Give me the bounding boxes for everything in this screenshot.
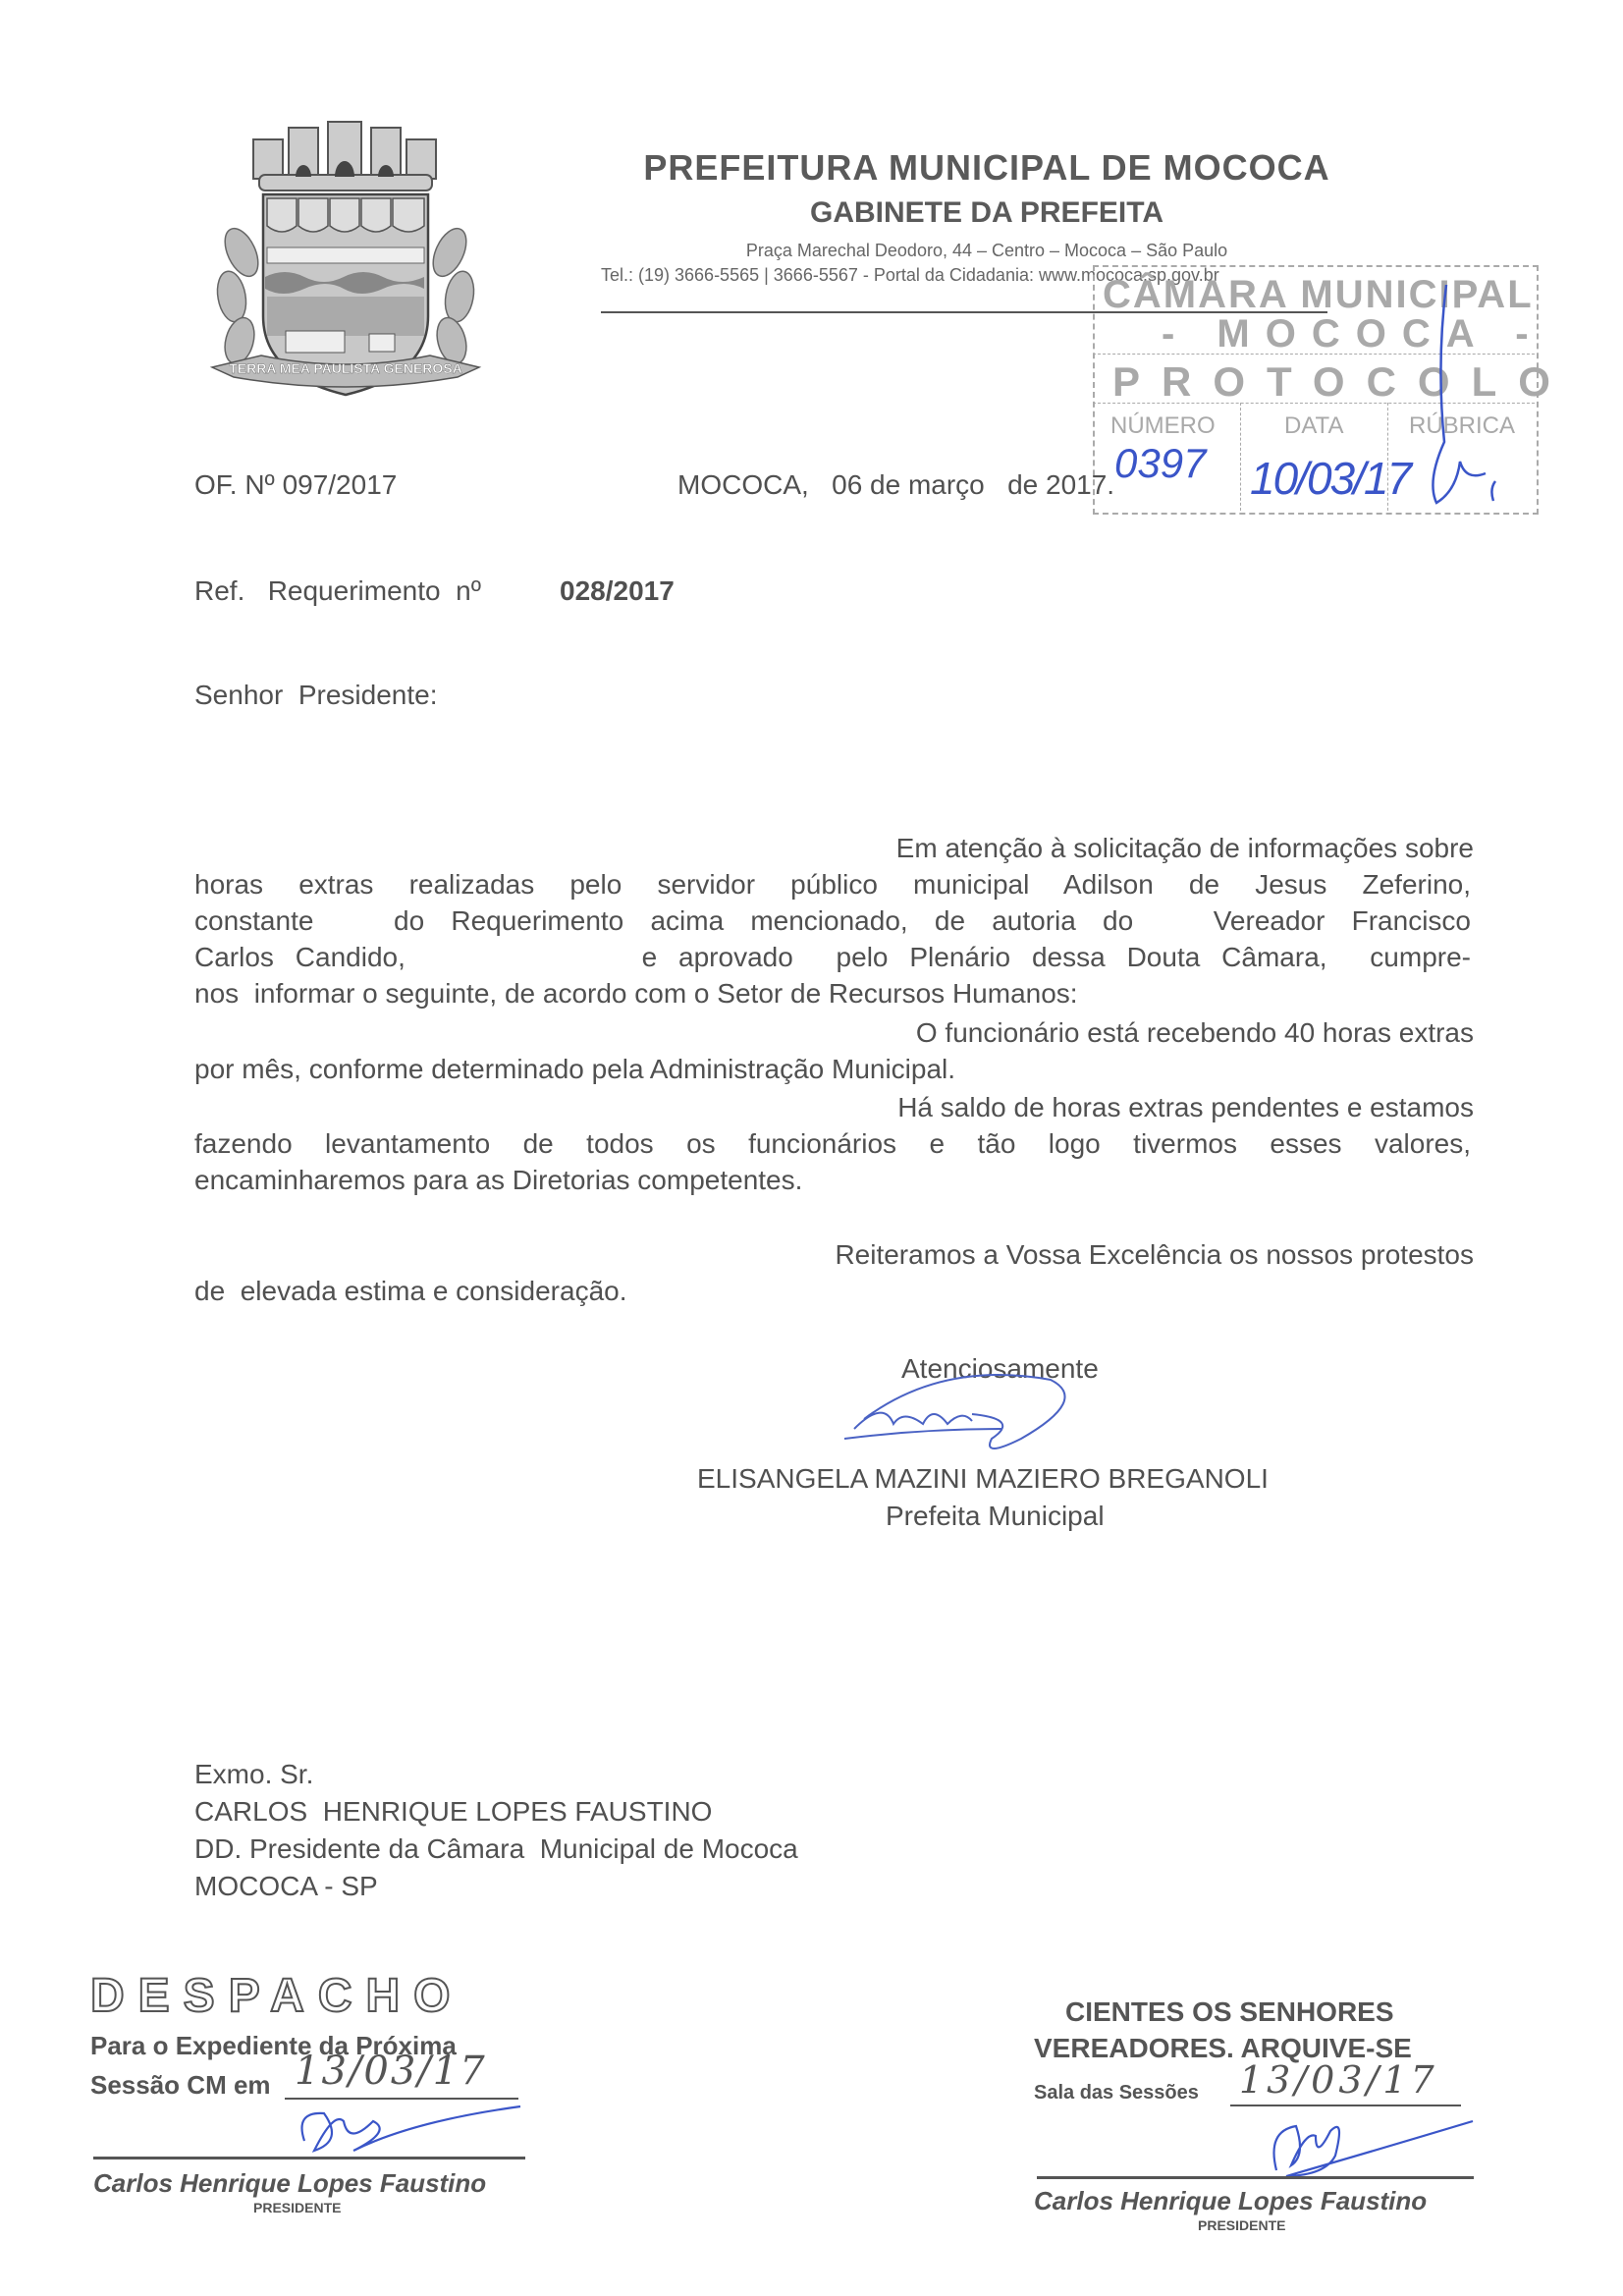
despacho-signer: Carlos Henrique Lopes Faustino [93,2168,486,2199]
signer-title: Prefeita Municipal [886,1501,1105,1532]
office-subtitle: GABINETE DA PREFEITA [594,196,1380,230]
reference-label: Ref. Requerimento nº [194,575,481,607]
municipality-title: PREFEITURA MUNICIPAL DE MOCOCA [594,147,1380,189]
cientes-signer: Carlos Henrique Lopes Faustino [1034,2186,1427,2216]
stamp-chamber: CÂMARA MUNICIPAL [1103,273,1534,317]
closing: Atenciosamente [901,1353,1099,1385]
stamp-col-numero: NÚMERO [1110,412,1216,440]
paragraph-1-line: Carlos Candido, e aprovado pelo Plenário… [194,942,1471,973]
despacho-signer-role: PRESIDENTE [253,2200,341,2215]
svg-text:TERRA MEA PAULISTA GENEROSA: TERRA MEA PAULISTA GENEROSA [229,360,462,376]
despacho-date-line [285,2098,518,2100]
paragraph-4-last-line: de elevada estima e consideração. [194,1276,627,1307]
recipient-salutation: Exmo. Sr. [194,1759,313,1790]
despacho-title: DESPACHO [90,1969,463,2023]
cientes-signer-role: PRESIDENTE [1198,2217,1285,2233]
recipient-name: CARLOS HENRIQUE LOPES FAUSTINO [194,1796,712,1828]
paragraph-2-last-line: por mês, conforme determinado pela Admin… [194,1054,955,1085]
municipal-coat-of-arms: TERRA MEA PAULISTA GENEROSA [192,110,497,414]
cientes-line-3: Sala das Sessões [1034,2082,1199,2105]
paragraph-1-last-line: nos informar o seguinte, de acordo com o… [194,978,1078,1010]
paragraph-3-line: fazendo levantamento de todos os funcion… [194,1128,1471,1160]
stamp-city: - MOCOCA - [1162,312,1544,356]
stamp-data-value: 10/03/17 [1250,452,1410,505]
despacho-line-2: Sessão CM em [90,2070,271,2101]
salutation: Senhor Presidente: [194,680,438,711]
place-date: MOCOCA, 06 de março de 2017. [677,469,1114,501]
paragraph-4-first-line: Reiteramos a Vossa Excelência os nossos … [835,1239,1474,1271]
cientes-signature-icon [1237,2111,1492,2180]
paragraph-1-line: horas extras realizadas pelo servidor pú… [194,869,1471,901]
paragraph-1-first-line: Em atenção à solicitação de informações … [896,833,1474,864]
cientes-date-line [1230,2105,1461,2106]
paragraph-3-last-line: encaminharemos para as Diretorias compet… [194,1165,802,1196]
despacho-signature-icon [255,2102,550,2160]
cientes-line-1: CIENTES OS SENHORES [1065,1996,1394,2028]
paragraph-3-first-line: Há saldo de horas extras pendentes e est… [897,1092,1474,1123]
despacho-date: 13/03/17 [295,2049,487,2094]
stamp-protocol: PROTOCOLO [1112,358,1572,406]
cientes-signature-line [1037,2176,1474,2179]
office-number: OF. Nº 097/2017 [194,469,397,501]
protocol-stamp: CÂMARA MUNICIPAL - MOCOCA - PROTOCOLO NÚ… [1093,265,1540,516]
recipient-position: DD. Presidente da Câmara Municipal de Mo… [194,1833,798,1865]
paragraph-2-first-line: O funcionário está recebendo 40 horas ex… [916,1017,1474,1049]
stamp-numero-value: 0397 [1114,440,1206,487]
cientes-date: 13/03/17 [1239,2058,1438,2102]
stamp-col-data: DATA [1284,412,1343,440]
despacho-signature-line [93,2157,525,2159]
stamp-col-rubrica: RÚBRICA [1409,412,1515,440]
reference-number: 028/2017 [560,575,675,607]
recipient-city: MOCOCA - SP [194,1871,378,1902]
paragraph-1-line: constante do Requerimento acima menciona… [194,905,1471,937]
signer-name: ELISANGELA MAZINI MAZIERO BREGANOLI [697,1463,1269,1495]
office-address: Praça Marechal Deodoro, 44 – Centro – Mo… [594,241,1380,261]
